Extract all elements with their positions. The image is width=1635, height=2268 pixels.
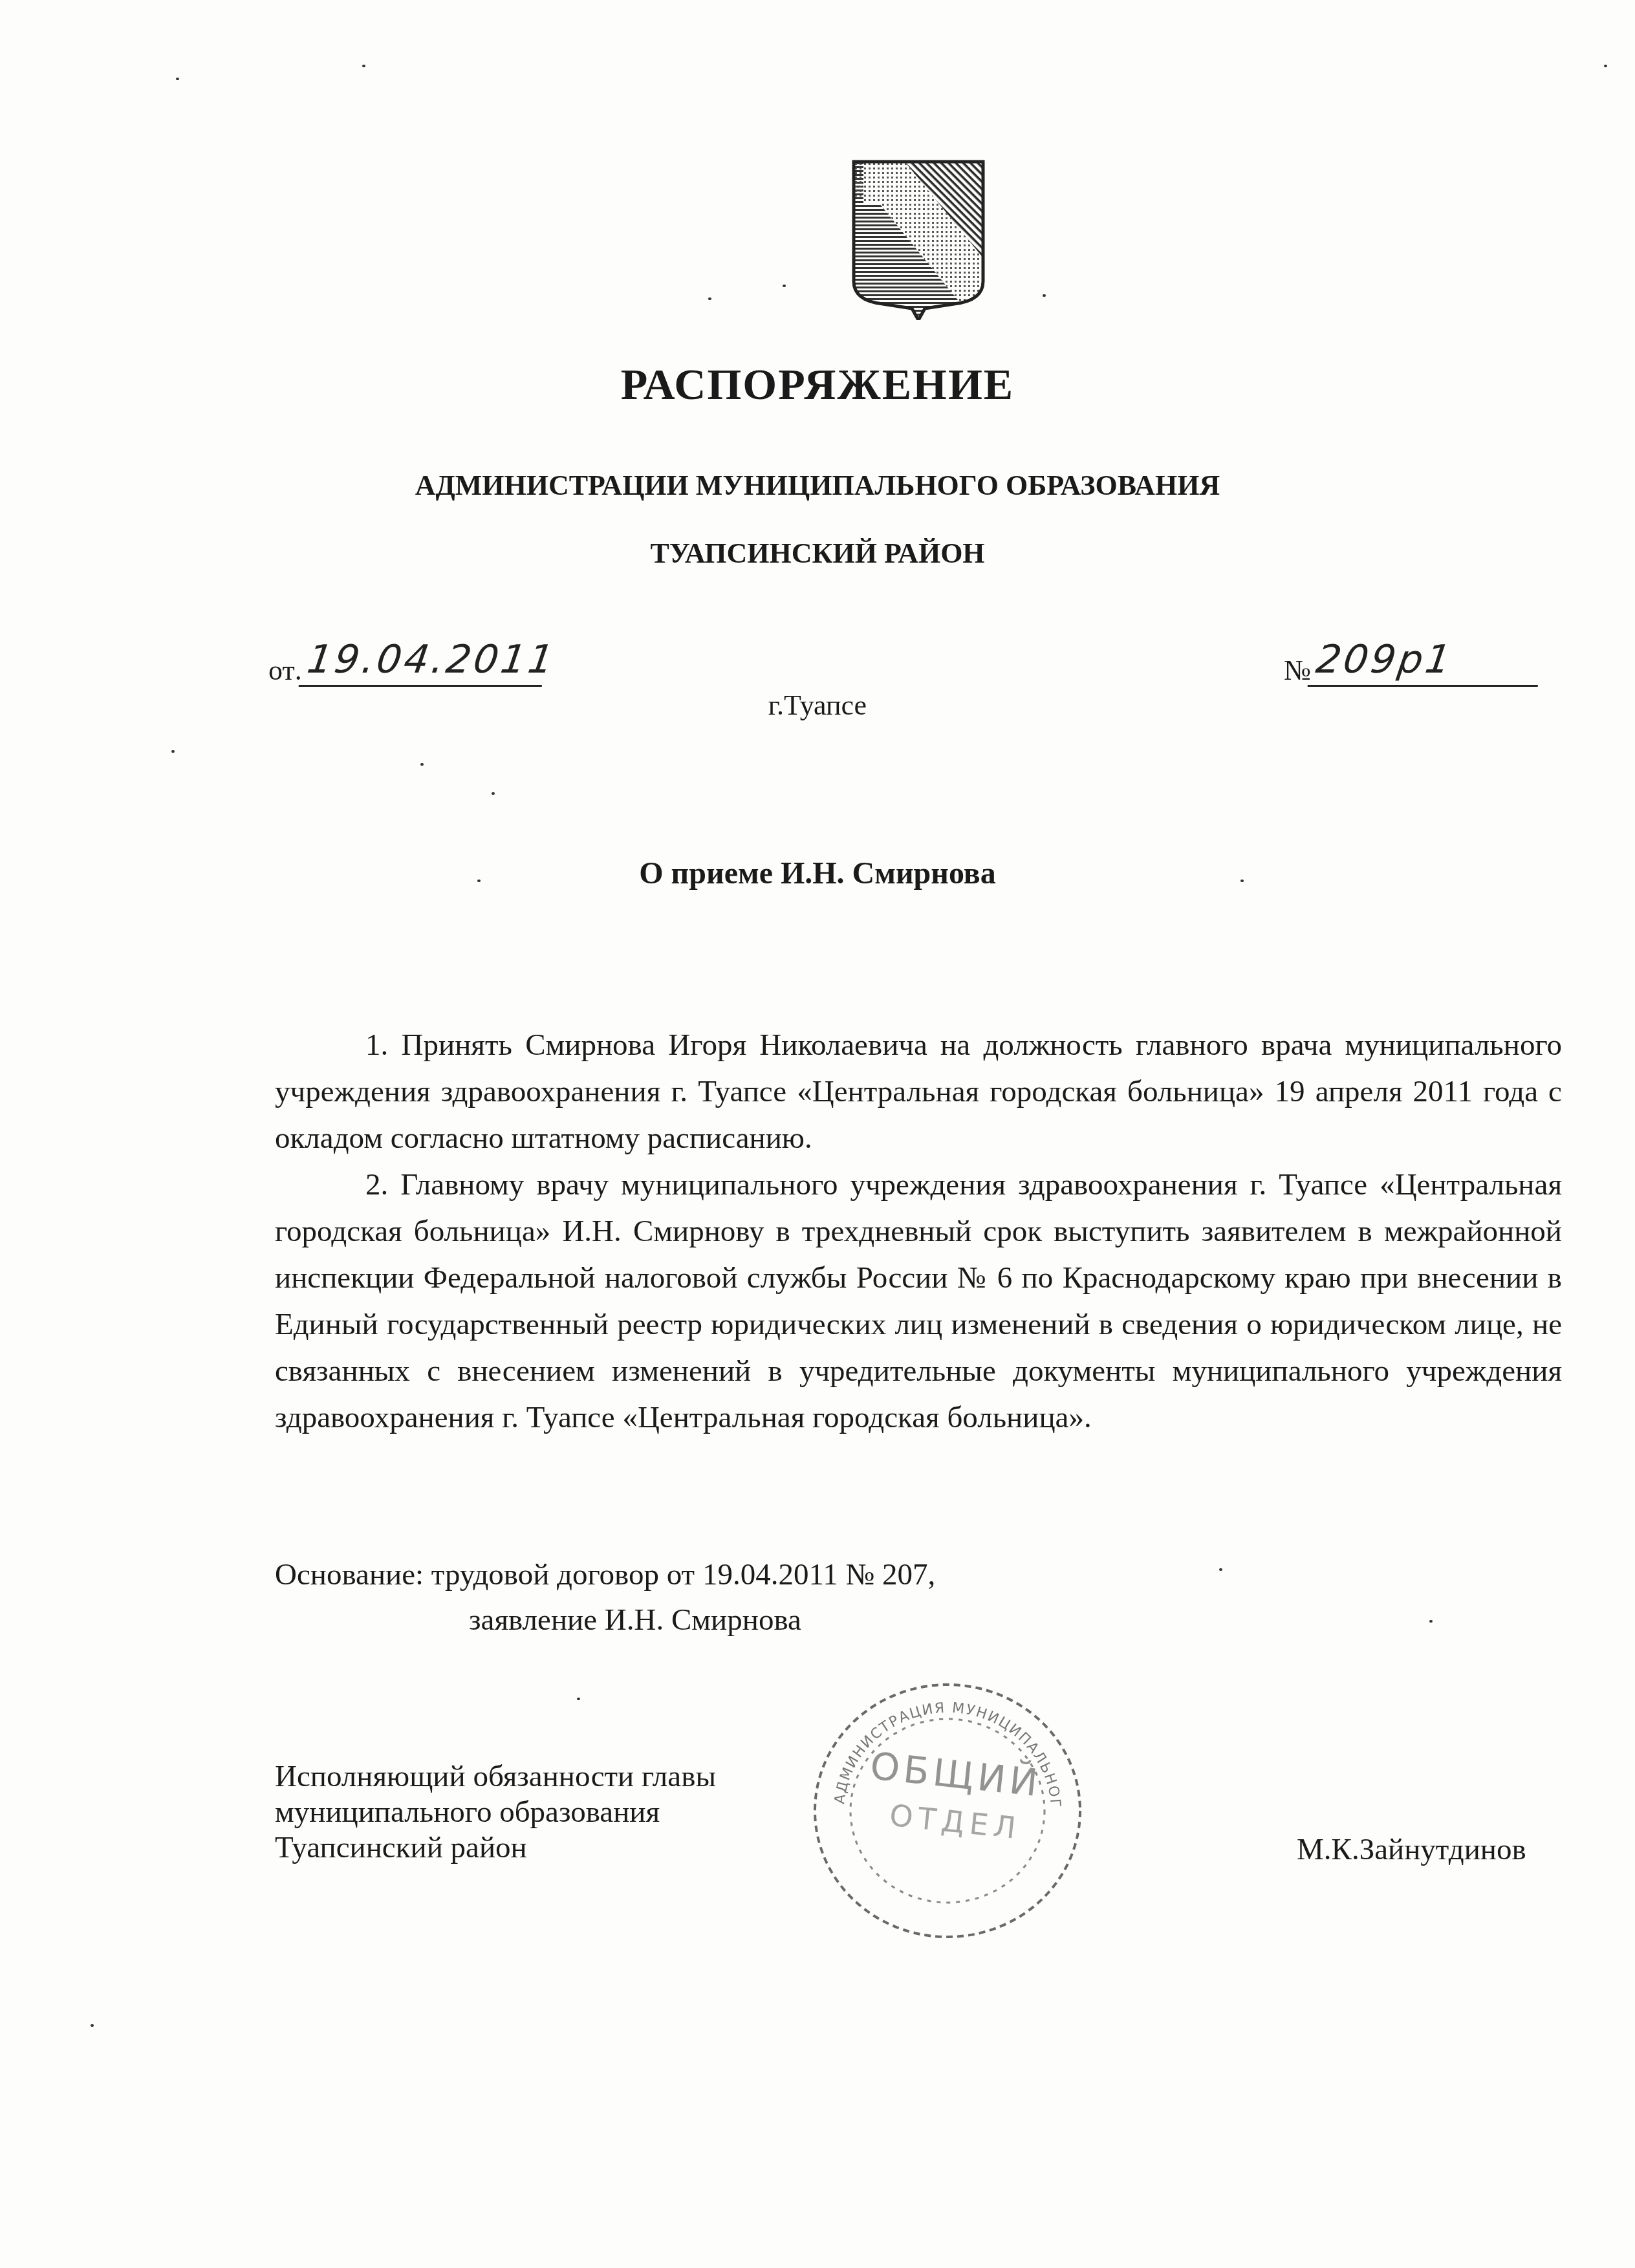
basis-line-1: Основание: трудовой договор от 19.04.201… [275, 1552, 935, 1597]
issuer-line-2: ТУАПСИНСКИЙ РАЙОН [0, 537, 1635, 570]
date-prefix: от [268, 654, 295, 687]
official-stamp: АДМИНИСТРАЦИЯ МУНИЦИПАЛЬНОГО ОБРАЗОВАНИЯ… [805, 1675, 1090, 1947]
date-handwritten: 19.04.2011 [298, 637, 548, 687]
paragraph-2: 2. Главному врачу муниципального учрежде… [275, 1161, 1562, 1441]
issuer-line-1: АДМИНИСТРАЦИИ МУНИЦИПАЛЬНОГО ОБРАЗОВАНИЯ [0, 469, 1635, 502]
number-prefix: № [1284, 654, 1311, 687]
signatory-name: М.К.Зайнутдинов [1297, 1832, 1526, 1867]
document-subject: О приеме И.Н. Смирнова [0, 856, 1635, 891]
number-handwritten: 209р1 [1308, 637, 1545, 687]
document-number: № 209р1 [1284, 637, 1541, 687]
basis-section: Основание: трудовой договор от 19.04.201… [275, 1552, 935, 1643]
document-title: РАСПОРЯЖЕНИЕ [0, 359, 1635, 410]
coat-of-arms-icon [850, 158, 986, 320]
paragraph-1: 1. Принять Смирнова Игоря Николаевича на… [275, 1022, 1562, 1161]
signatory-title: Исполняющий обязанности главы муниципаль… [275, 1759, 716, 1866]
city: г.Туапсе [0, 689, 1635, 722]
signatory-title-line-1: Исполняющий обязанности главы [275, 1759, 716, 1795]
basis-line-2: заявление И.Н. Смирнова [275, 1597, 935, 1643]
signatory-title-line-3: Туапсинский район [275, 1830, 716, 1866]
document-page: РАСПОРЯЖЕНИЕ АДМИНИСТРАЦИИ МУНИЦИПАЛЬНОГ… [0, 0, 1635, 2268]
document-body: 1. Принять Смирнова Игоря Николаевича на… [275, 1022, 1562, 1441]
document-date: от. 19.04.2011 [268, 637, 545, 687]
signatory-title-line-2: муниципального образования [275, 1795, 716, 1830]
